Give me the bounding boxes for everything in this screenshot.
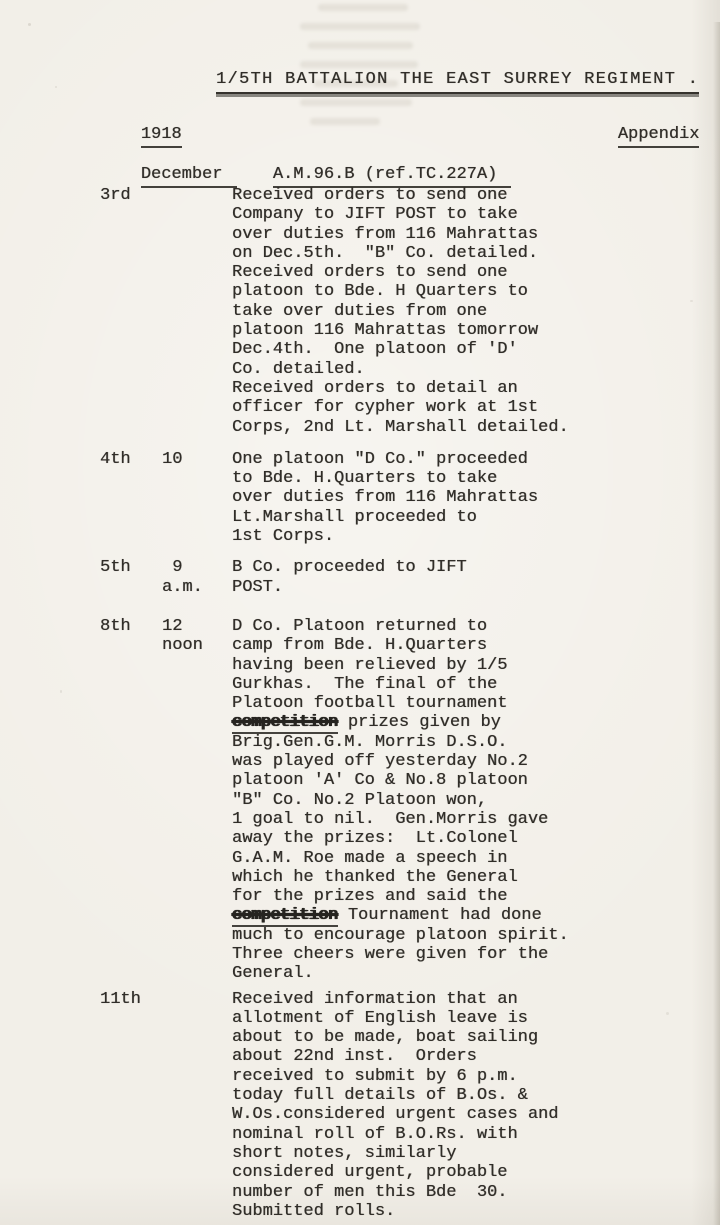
entry-line: was played off yesterday No.2 bbox=[232, 752, 720, 771]
entry-line: for the prizes and said the bbox=[232, 887, 720, 906]
page-title: 1/5TH BATTALION THE EAST SURREY REGIMENT… bbox=[170, 51, 699, 111]
scanned-diary-page: 1/5TH BATTALION THE EAST SURREY REGIMENT… bbox=[0, 0, 720, 1225]
entry-line: B Co. proceeded to JIFT bbox=[232, 558, 720, 577]
entry-line: away the prizes: Lt.Colonel bbox=[232, 829, 720, 848]
entry-line: Brig.Gen.G.M. Morris D.S.O. bbox=[232, 733, 720, 752]
entry-line: on Dec.5th. "B" Co. detailed. bbox=[232, 244, 720, 263]
entry-line: today full details of B.Os. & bbox=[232, 1086, 720, 1105]
entry-line: officer for cypher work at 1st bbox=[232, 398, 720, 417]
entry-line: which he thanked the General bbox=[232, 868, 720, 887]
entry-line: nominal roll of B.O.Rs. with bbox=[232, 1125, 720, 1144]
entry-line: Received orders to detail an bbox=[232, 379, 720, 398]
entry-date: 8th bbox=[100, 617, 162, 984]
entry-date: 5th bbox=[100, 558, 162, 597]
entry-line: number of men this Bde 30. bbox=[232, 1183, 720, 1202]
diary-entries: 3rdReceived orders to send oneCompany to… bbox=[0, 186, 720, 1221]
entry-time bbox=[162, 186, 232, 437]
entry-line: platoon to Bde. H Quarters to bbox=[232, 282, 720, 301]
struck-word: competition bbox=[232, 713, 338, 732]
entry-line: Platoon football tournament bbox=[232, 694, 720, 713]
entry-line: Three cheers were given for the bbox=[232, 945, 720, 964]
entry-line: Received orders to send one bbox=[232, 263, 720, 282]
entry-line: considered urgent, probable bbox=[232, 1163, 720, 1182]
entry-line: competition Tournament had done bbox=[232, 906, 720, 925]
entry-line: General. bbox=[232, 964, 720, 983]
entry-line: Corps, 2nd Lt. Marshall detailed. bbox=[232, 418, 720, 437]
entry-text: Received information that anallotment of… bbox=[232, 990, 720, 1222]
entry-line: One platoon "D Co." proceeded bbox=[232, 450, 720, 469]
entry-line: having been relieved by 1/5 bbox=[232, 656, 720, 675]
entry-row: 4th10One platoon "D Co." proceededto Bde… bbox=[0, 450, 720, 546]
entry-time: 10 bbox=[162, 450, 232, 546]
entry-line: 1st Corps. bbox=[232, 527, 720, 546]
entry-line: platoon 116 Mahrattas tomorrow bbox=[232, 321, 720, 340]
page-title-text: 1/5TH BATTALION THE EAST SURREY REGIMENT… bbox=[216, 70, 699, 91]
entry-line: about to be made, boat sailing bbox=[232, 1028, 720, 1047]
entry-line: W.Os.considered urgent cases and bbox=[232, 1105, 720, 1124]
entry-time: 9a.m. bbox=[162, 558, 232, 597]
entry-line: allotment of English leave is bbox=[232, 1009, 720, 1028]
entry-line: Dec.4th. One platoon of 'D' bbox=[232, 340, 720, 359]
paper-speck bbox=[666, 1012, 669, 1015]
entry-line: camp from Bde. H.Quarters bbox=[232, 636, 720, 655]
entry-line: over duties from 116 Mahrattas bbox=[232, 488, 720, 507]
paper-speck bbox=[28, 23, 31, 26]
entry-line: Received orders to send one bbox=[232, 186, 720, 205]
paper-speck bbox=[690, 300, 693, 302]
entry-line: Lt.Marshall proceeded to bbox=[232, 508, 720, 527]
entry-time bbox=[162, 990, 232, 1222]
entry-line: over duties from 116 Mahrattas bbox=[232, 225, 720, 244]
paper-speck bbox=[55, 86, 57, 88]
entry-row: 11thReceived information that anallotmen… bbox=[0, 990, 720, 1222]
entry-date: 3rd bbox=[100, 186, 162, 437]
entry-line: Received information that an bbox=[232, 990, 720, 1009]
entry-text: One platoon "D Co." proceededto Bde. H.Q… bbox=[232, 450, 720, 546]
entry-line: competition prizes given by bbox=[232, 713, 720, 732]
entry-row: 3rdReceived orders to send oneCompany to… bbox=[0, 186, 720, 437]
entry-text: D Co. Platoon returned tocamp from Bde. … bbox=[232, 617, 720, 984]
entry-line: "B" Co. No.2 Platoon won, bbox=[232, 791, 720, 810]
entry-date: 11th bbox=[100, 990, 162, 1222]
entry-text: Received orders to send oneCompany to JI… bbox=[232, 186, 720, 437]
appendix-label: Appendix bbox=[577, 106, 699, 165]
entry-text: B Co. proceeded to JIFTPOST. bbox=[232, 558, 720, 597]
paper-speck bbox=[60, 690, 62, 693]
entry-line: 1 goal to nil. Gen.Morris gave bbox=[232, 810, 720, 829]
entry-line: Company to JIFT POST to take bbox=[232, 205, 720, 224]
entry-line: D Co. Platoon returned to bbox=[232, 617, 720, 636]
entry-line: take over duties from one bbox=[232, 302, 720, 321]
entry-line: Co. detailed. bbox=[232, 360, 720, 379]
entry-time: 12noon bbox=[162, 617, 232, 984]
entry-line: G.A.M. Roe made a speech in bbox=[232, 849, 720, 868]
entry-line: Submitted rolls. bbox=[232, 1202, 720, 1221]
struck-word: competition bbox=[232, 906, 338, 925]
page-edge-shadow bbox=[713, 22, 720, 1225]
entry-line: much to encourage platoon spirit. bbox=[232, 926, 720, 945]
entry-row: 8th12noonD Co. Platoon returned tocamp f… bbox=[0, 617, 720, 984]
entry-line: to Bde. H.Quarters to take bbox=[232, 469, 720, 488]
entry-line: platoon 'A' Co & No.8 platoon bbox=[232, 771, 720, 790]
entry-line: POST. bbox=[232, 578, 720, 597]
entry-line: received to submit by 6 p.m. bbox=[232, 1067, 720, 1086]
entry-line: about 22nd inst. Orders bbox=[232, 1047, 720, 1066]
entry-date: 4th bbox=[100, 450, 162, 546]
entry-line: Gurkhas. The final of the bbox=[232, 675, 720, 694]
entry-line: short notes, similarly bbox=[232, 1144, 720, 1163]
entry-row: 5th 9a.m.B Co. proceeded to JIFTPOST. bbox=[0, 558, 720, 597]
